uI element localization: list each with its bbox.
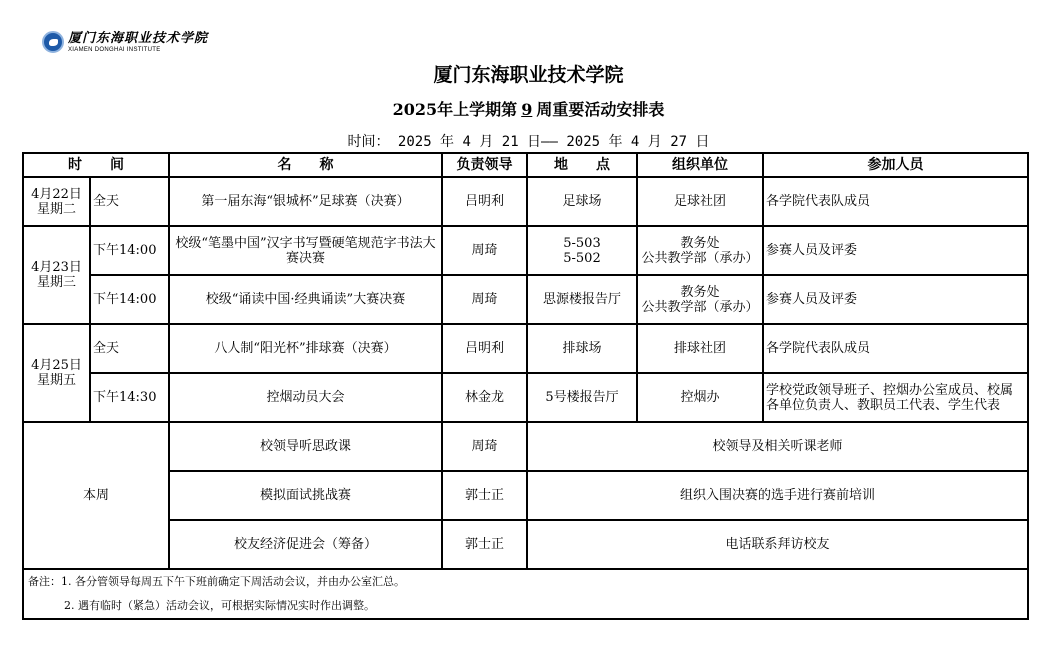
event-name-cell: 八人制“阳光杯”排球赛（决赛） [169,324,442,373]
document-subtitle: 2025年上学期第9周重要活动安排表 [0,97,1057,120]
attendees-cell: 参赛人员及评委 [763,275,1028,324]
schedule-table: 时 间 名 称 负责领导 地 点 组织单位 参加人员 4月22日 星期二 全天 … [22,152,1029,620]
week-note-cell: 校领导及相关听课老师 [527,422,1028,471]
leader-cell: 周琦 [442,275,527,324]
leader-cell: 周琦 [442,422,527,471]
org-cell: 教务处 公共教学部（承办） [637,275,763,324]
week-note-cell: 电话联系拜访校友 [527,520,1028,569]
org-cell: 教务处 公共教学部（承办） [637,226,763,275]
event-name-cell: 第一届东海“银城杯”足球赛（决赛） [169,177,442,226]
attendees-cell: 参赛人员及评委 [763,226,1028,275]
header-attendees: 参加人员 [763,153,1028,177]
event-name-cell: 控烟动员大会 [169,373,442,422]
header-time: 时 间 [23,153,169,177]
event-name-cell: 校友经济促进会（筹备） [169,520,442,569]
subtitle-prefix: 2025年上学期第 [393,100,518,119]
org-cell: 控烟办 [637,373,763,422]
place-cell: 5号楼报告厅 [527,373,637,422]
table-row: 4月23日 星期三 下午14:00 校级“笔墨中国”汉字书写暨硬笔规范字书法大赛… [23,226,1028,275]
place-cell: 5-503 5-502 [527,226,637,275]
day-cell: 4月22日 星期二 [23,177,90,226]
institute-logo: 厦门东海职业技术学院 XIAMEN DONGHAI INSTITUTE [42,31,208,53]
day-cell: 4月25日 星期五 [23,324,90,422]
leader-cell: 吕明利 [442,177,527,226]
attendees-cell: 各学院代表队成员 [763,177,1028,226]
attendees-cell: 各学院代表队成员 [763,324,1028,373]
week-row: 本周 校领导听思政课 周琦 校领导及相关听课老师 [23,422,1028,471]
week-note-cell: 组织入围决赛的选手进行赛前培训 [527,471,1028,520]
attendees-cell: 学校党政领导班子、控烟办公室成员、校属各单位负责人、教职员工代表、学生代表 [763,373,1028,422]
time-cell: 下午14:00 [90,275,169,324]
header-row: 时 间 名 称 负责领导 地 点 组织单位 参加人员 [23,153,1028,177]
event-name-cell: 校级“笔墨中国”汉字书写暨硬笔规范字书法大赛决赛 [169,226,442,275]
event-name-cell: 校级“诵读中国·经典诵读”大赛决赛 [169,275,442,324]
remarks-cell: 备注：1. 各分管领导每周五下午下班前确定下周活动会议，并由办公室汇总。 2. … [23,569,1028,619]
remark-line-1: 备注：1. 各分管领导每周五下午下班前确定下周活动会议，并由办公室汇总。 [28,570,1025,594]
logo-english-name: XIAMEN DONGHAI INSTITUTE [68,47,208,53]
org-cell: 足球社团 [637,177,763,226]
week-number: 9 [517,100,536,119]
header-name: 名 称 [169,153,442,177]
table-row: 4月25日 星期五 全天 八人制“阳光杯”排球赛（决赛） 吕明利 排球场 排球社… [23,324,1028,373]
document-title: 厦门东海职业技术学院 [0,60,1057,87]
time-cell: 全天 [90,177,169,226]
header-place: 地 点 [527,153,637,177]
subtitle-suffix: 周重要活动安排表 [536,100,664,119]
table-row: 4月22日 星期二 全天 第一届东海“银城杯”足球赛（决赛） 吕明利 足球场 足… [23,177,1028,226]
leader-cell: 林金龙 [442,373,527,422]
table-row: 下午14:30 控烟动员大会 林金龙 5号楼报告厅 控烟办 学校党政领导班子、控… [23,373,1028,422]
table-row: 下午14:00 校级“诵读中国·经典诵读”大赛决赛 周琦 思源楼报告厅 教务处 … [23,275,1028,324]
time-cell: 全天 [90,324,169,373]
week-row: 模拟面试挑战赛 郭士正 组织入围决赛的选手进行赛前培训 [23,471,1028,520]
org-cell: 排球社团 [637,324,763,373]
header-org: 组织单位 [637,153,763,177]
leader-cell: 郭士正 [442,471,527,520]
institute-emblem-icon [42,31,64,53]
event-name-cell: 模拟面试挑战赛 [169,471,442,520]
leader-cell: 吕明利 [442,324,527,373]
remarks-row: 备注：1. 各分管领导每周五下午下班前确定下周活动会议，并由办公室汇总。 2. … [23,569,1028,619]
leader-cell: 周琦 [442,226,527,275]
date-range: 时间： 2025 年 4 月 21 日—— 2025 年 4 月 27 日 [0,131,1057,151]
place-cell: 排球场 [527,324,637,373]
remark-line-2: 2. 遇有临时（紧急）活动会议，可根据实际情况实时作出调整。 [28,594,1025,618]
week-label-cell: 本周 [23,422,169,569]
place-cell: 足球场 [527,177,637,226]
time-cell: 下午14:00 [90,226,169,275]
time-cell: 下午14:30 [90,373,169,422]
logo-chinese-name: 厦门东海职业技术学院 [68,32,208,45]
day-cell: 4月23日 星期三 [23,226,90,324]
event-name-cell: 校领导听思政课 [169,422,442,471]
place-cell: 思源楼报告厅 [527,275,637,324]
week-row: 校友经济促进会（筹备） 郭士正 电话联系拜访校友 [23,520,1028,569]
header-leader: 负责领导 [442,153,527,177]
leader-cell: 郭士正 [442,520,527,569]
